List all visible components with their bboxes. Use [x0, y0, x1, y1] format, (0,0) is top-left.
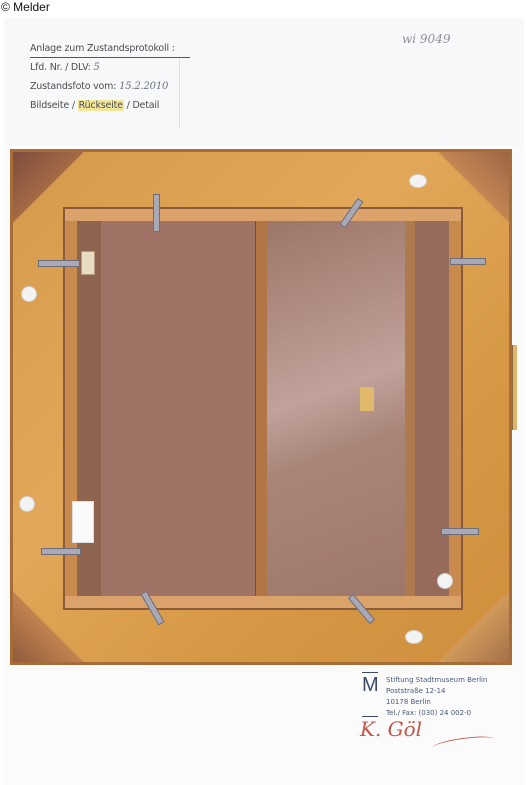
- view-option-detail: Detail: [132, 100, 159, 111]
- canvas-edge: [415, 221, 449, 596]
- lfd-row: Lfd. Nr. / DLV: 5: [30, 58, 190, 77]
- wall-bumper: [19, 496, 35, 512]
- view-option-rueckseite: Rückseite: [78, 100, 124, 111]
- lfd-label: Lfd. Nr. / DLV:: [30, 62, 91, 73]
- stamp-rule: [362, 672, 378, 673]
- stretcher-bar: [65, 596, 461, 608]
- yellow-label: [360, 387, 374, 411]
- stamp-address: Stiftung Stadtmuseum Berlin Poststraße 1…: [386, 675, 487, 719]
- canvas-panel-left: [101, 221, 255, 596]
- paper-label: [81, 251, 95, 275]
- view-options: Bildseite / Rückseite / Detail: [30, 96, 190, 115]
- stretcher-frame: [63, 207, 463, 610]
- divider: [179, 58, 180, 128]
- round-sticker: [437, 573, 453, 589]
- protocol-header: Anlage zum Zustandsprotokoll : Lfd. Nr. …: [30, 40, 190, 115]
- stamp-institution: Stiftung Stadtmuseum Berlin: [386, 675, 487, 686]
- metal-clip: [38, 260, 80, 267]
- white-label: [72, 501, 94, 543]
- stamp-city: 10178 Berlin: [386, 697, 487, 708]
- stamp-street: Poststraße 12-14: [386, 686, 487, 697]
- inventory-note: wi 9049: [402, 32, 450, 46]
- wall-bumper: [21, 286, 37, 302]
- lfd-value: 5: [93, 62, 99, 73]
- canvas-panel-right: [267, 221, 415, 596]
- separator: /: [69, 100, 78, 111]
- protocol-title: Anlage zum Zustandsprotokoll :: [30, 40, 190, 58]
- cross-bar: [405, 221, 415, 596]
- metal-clip: [450, 258, 486, 265]
- metal-clip: [41, 548, 81, 555]
- foto-row: Zustandsfoto vom: 15.2.2010: [30, 77, 190, 96]
- metal-clip: [153, 194, 160, 232]
- view-option-bildseite: Bildseite: [30, 100, 69, 111]
- foto-date: 15.2.2010: [119, 81, 168, 92]
- signature: K. Göl: [360, 724, 422, 735]
- image-credit: © Melder: [1, 0, 50, 14]
- museum-logo: M: [362, 680, 379, 691]
- stretcher-bar: [65, 209, 461, 221]
- painting-back-photo: [10, 149, 512, 665]
- metal-clip: [441, 528, 479, 535]
- foto-label: Zustandsfoto vom:: [30, 81, 116, 92]
- hanger-ring: [405, 630, 423, 644]
- frame-tab: [512, 345, 517, 430]
- hanger-ring: [409, 174, 427, 188]
